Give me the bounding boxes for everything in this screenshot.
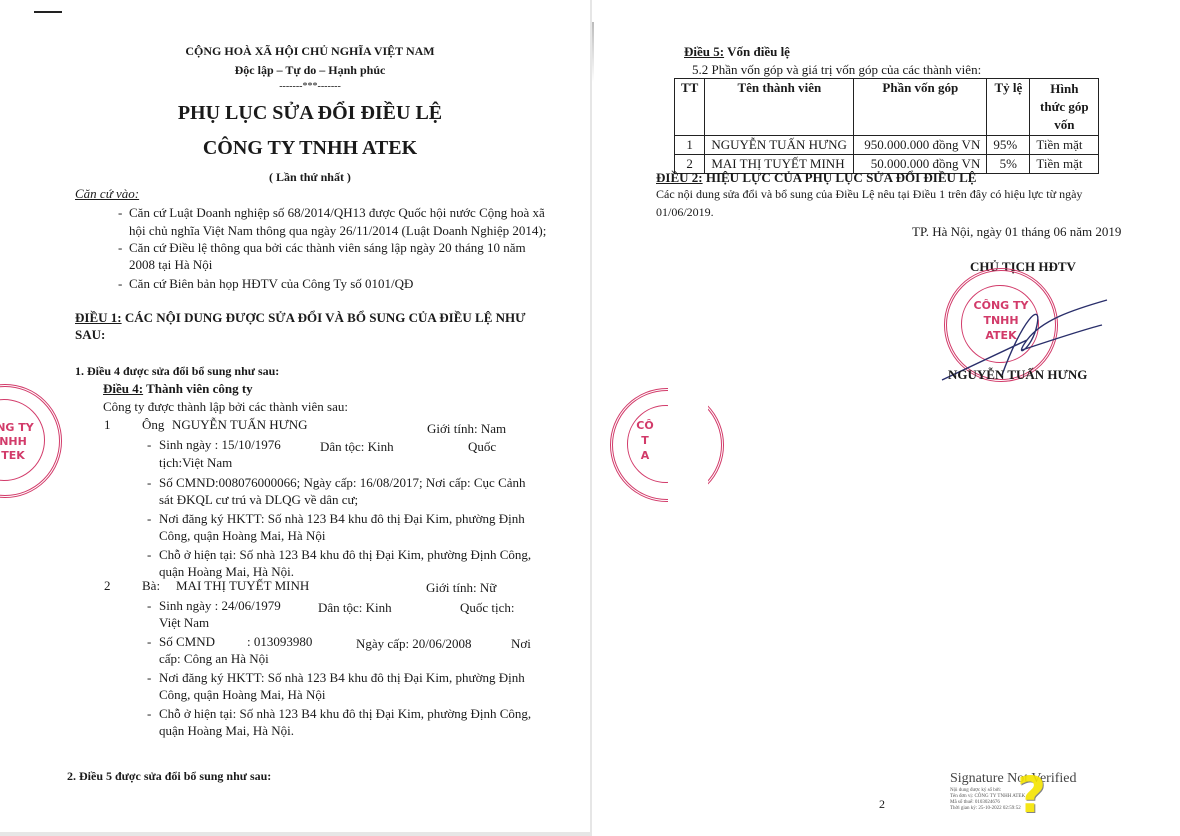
document-title: PHỤ LỤC SỬA ĐỔI ĐIỀU LỆ <box>0 102 590 125</box>
document-page-2: Điều 5: Vốn điều lệ 5.2 Phần vốn góp và … <box>592 0 1180 836</box>
member-ethnicity: Dân tộc: Kinh <box>318 600 392 616</box>
header-contribution: Phần vốn góp <box>854 79 987 136</box>
separator: -------***------- <box>0 81 590 92</box>
member-ethnicity: Dân tộc: Kinh <box>320 439 394 455</box>
article-1-heading: ĐIỀU 1: CÁC NỘI DUNG ĐƯỢC SỬA ĐỔI VÀ BỔ … <box>75 310 525 326</box>
member-id: Số CMND:008076000066; Ngày cấp: 16/08/20… <box>159 475 526 491</box>
member-name: NGUYỄN TUẤN HƯNG <box>172 417 308 433</box>
member-current-address: Chỗ ở hiện tại: Số nhà 123 B4 khu đô thị… <box>159 547 531 563</box>
member-registered-address: Nơi đăng ký HKTT: Số nhà 123 B4 khu đô t… <box>159 511 525 527</box>
header-ratio: Tỷ lệ <box>987 79 1030 136</box>
basis-item: Căn cứ Luật Doanh nghiệp số 68/2014/QH13… <box>129 205 545 221</box>
basis-item: Căn cứ Điều lệ thông qua bởi các thành v… <box>129 240 526 256</box>
basis-item: 2008 tại Hà Nội <box>129 257 212 273</box>
member-nationality-cont: tịch:Việt Nam <box>159 455 232 471</box>
member-title: Bà: <box>142 578 160 594</box>
founded-by-text: Công ty được thành lập bởi các thành viê… <box>103 399 348 415</box>
company-name: CÔNG TY TNHH ATEK <box>0 137 590 160</box>
national-header: CỘNG HOÀ XÃ HỘI CHỦ NGHĨA VIỆT NAM <box>0 44 590 59</box>
edition: ( Lần thứ nhất ) <box>0 170 590 185</box>
member-gender: Giới tính: Nam <box>427 421 506 437</box>
document-page-1: CỘNG HOÀ XÃ HỘI CHỦ NGHĨA VIỆT NAM Độc l… <box>0 0 590 832</box>
page-fold-shadow <box>592 22 594 82</box>
cell-contribution: 950.000.000 đồng VN <box>854 136 987 155</box>
motto: Độc lập – Tự do – Hạnh phúc <box>0 63 590 78</box>
table-row: 1 NGUYỄN TUẤN HƯNG 950.000.000 đồng VN 9… <box>675 136 1099 155</box>
member-nationality: Quốc <box>468 439 496 455</box>
member-current-address: Chỗ ở hiện tại: Số nhà 123 B4 khu đô thị… <box>159 706 531 722</box>
place-date: TP. Hà Nội, ngày 01 tháng 06 năm 2019 <box>912 224 1121 240</box>
table-header-row: TT Tên thành viên Phần vốn góp Tỷ lệ Hìn… <box>675 79 1099 136</box>
article-2-body-cont: 01/06/2019. <box>656 205 714 220</box>
basis-label: Căn cứ vào: <box>75 186 139 202</box>
article-5-heading: Điều 5: Vốn điều lệ <box>684 44 790 60</box>
capital-contribution-table: TT Tên thành viên Phần vốn góp Tỷ lệ Hìn… <box>674 78 1099 174</box>
section-1-heading: 1. Điều 4 được sửa đổi bổ sung như sau: <box>75 364 279 379</box>
member-birth: Sinh ngày : 15/10/1976 <box>159 437 281 453</box>
stamp-mask <box>668 380 708 510</box>
article-2-heading: ĐIỀU 2: HIỆU LỰC CỦA PHỤ LỤC SỬA ĐỔI ĐIỀ… <box>656 170 976 186</box>
section-2-heading: 2. Điều 5 được sửa đổi bổ sung như sau: <box>67 769 271 784</box>
company-stamp-partial: NG TY NHH TEK <box>0 384 62 498</box>
cell-no: 1 <box>675 136 705 155</box>
member-no: 2 <box>104 578 111 594</box>
member-id-number: : 013093980 <box>247 634 312 650</box>
member-registered-address: Nơi đăng ký HKTT: Số nhà 123 B4 khu đô t… <box>159 670 525 686</box>
header-member-name: Tên thành viên <box>705 79 854 136</box>
subsection-5-2: 5.2 Phần vốn góp và giá trị vốn góp của … <box>692 62 981 78</box>
article-4-heading: Điều 4: Thành viên công ty <box>103 381 253 397</box>
member-id-label: Số CMND <box>159 634 215 650</box>
member-no: 1 <box>104 417 111 433</box>
member-current-address-cont: quận Hoàng Mai, Hà Nội. <box>159 723 294 739</box>
member-title: Ông <box>142 417 164 433</box>
article-1-heading-cont: SAU: <box>75 327 105 343</box>
cell-ratio: 95% <box>987 136 1030 155</box>
signer-name: NGUYỄN TUẤN HƯNG <box>948 367 1087 383</box>
member-registered-address-cont: Công, quận Hoàng Mai, Hà Nội <box>159 687 325 703</box>
member-id-place-cont: cấp: Công an Hà Nội <box>159 651 269 667</box>
article-2-body: Các nội dung sửa đổi và bổ sung của Điều… <box>656 187 1082 202</box>
member-id-place: Nơi <box>511 636 531 652</box>
member-registered-address-cont: Công, quận Hoàng Mai, Hà Nội <box>159 528 325 544</box>
header-method: Hình thức góp vốn <box>1030 79 1099 136</box>
header-no: TT <box>675 79 705 136</box>
member-birth: Sinh ngày : 24/06/1979 <box>159 598 281 614</box>
member-id-date: Ngày cấp: 20/06/2008 <box>356 636 472 652</box>
cell-name: NGUYỄN TUẤN HƯNG <box>705 136 854 155</box>
question-mark-icon: ? <box>1017 766 1046 824</box>
member-gender: Giới tính: Nữ <box>426 580 496 596</box>
page-number: 2 <box>879 797 885 812</box>
cell-method: Tiền mặt <box>1030 136 1099 155</box>
member-id-cont: sát ĐKQL cư trú và DLQG về dân cư; <box>159 492 358 508</box>
member-nationality: Quốc tịch: <box>460 600 515 616</box>
signature-status: Signature Not Verified <box>950 771 1077 787</box>
basis-item: Căn cứ Biên bản họp HĐTV của Công Ty số … <box>129 276 413 292</box>
cell-ratio: 5% <box>987 155 1030 174</box>
basis-item: hội chủ nghĩa Việt Nam thông qua ngày 26… <box>129 223 546 239</box>
scan-mark <box>34 11 62 13</box>
member-nationality-cont: Việt Nam <box>159 615 209 631</box>
cell-method: Tiền mặt <box>1030 155 1099 174</box>
signature-details: Nội dung được ký số bởi: Tên đơn vị: CÔN… <box>950 788 1025 812</box>
member-name: MAI THỊ TUYẾT MINH <box>176 578 309 594</box>
